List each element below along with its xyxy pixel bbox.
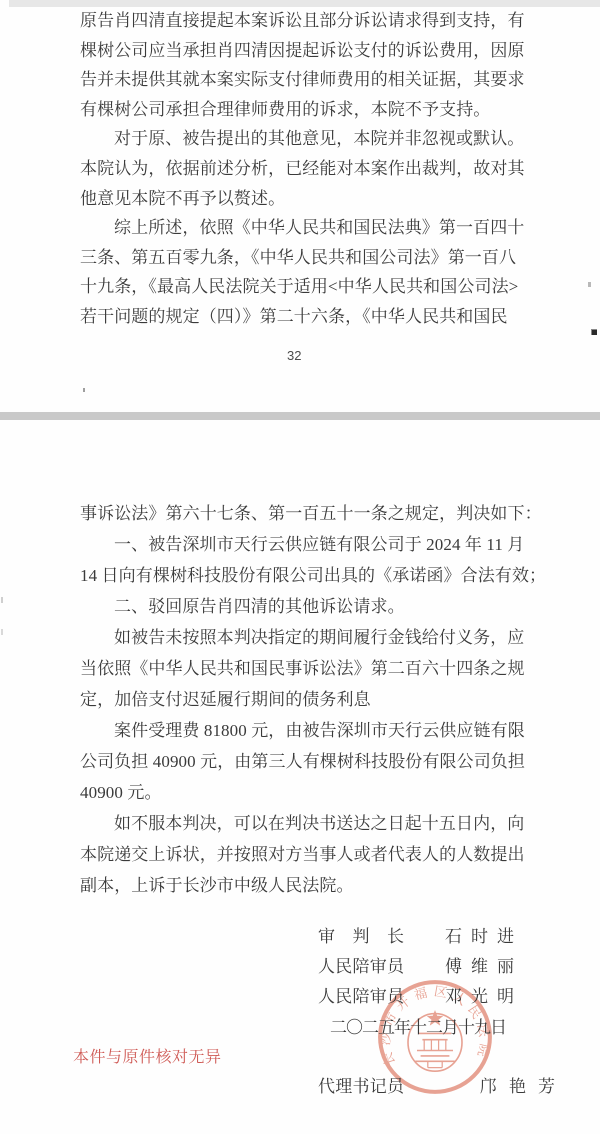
- scan-speck: [591, 329, 597, 335]
- page-number: 32: [287, 348, 301, 363]
- scanned-document-viewport: 原告肖四清直接提起本案诉讼且部分诉讼请求得到支持，有 棵树公司应当承担肖四清因提…: [0, 0, 600, 1134]
- signature-role: 审判长: [318, 922, 404, 947]
- scan-speck: [588, 282, 591, 287]
- clerk-name: 邝艳芳: [480, 1072, 567, 1097]
- body-line: 一、被告深圳市天行云供应链有限公司于 2024 年 11 月: [80, 529, 522, 560]
- body-line: 告并未提供其就本案实际支付律师费用的相关证据，其要求: [80, 65, 522, 95]
- signature-row: 人民陪审员 傅维丽: [318, 949, 567, 979]
- body-line: 十九条，《最高人民法院关于适用<中华人民共和国公司法>: [80, 272, 522, 302]
- page-break-band: [0, 412, 600, 420]
- body-line: 14 日向有棵树科技股份有限公司出具的《承诺函》合法有效；: [80, 560, 522, 591]
- body-line: 棵树公司应当承担肖四清因提起诉讼支付的诉讼费用，因原: [80, 36, 522, 66]
- body-line: 二、驳回原告肖四清的其他诉讼请求。: [80, 591, 522, 622]
- verification-note: 本件与原件核对无异: [73, 1044, 222, 1067]
- body-line: 综上所述，依照《中华人民共和国民法典》第一百四十: [80, 213, 522, 243]
- body-line: 如不服本判决，可以在判决书送达之日起十五日内，向: [80, 808, 522, 839]
- signature-role: 人民陪审员: [318, 952, 404, 977]
- body-line: 公司负担 40900 元，由第三人有棵树科技股份有限公司负担: [80, 746, 522, 777]
- judgment-date-row: 二〇二五年十二月十九日: [318, 1010, 567, 1040]
- clerk-row: 代理书记员 邝艳芳: [318, 1070, 567, 1100]
- signature-row: 人民陪审员 邓光明: [318, 980, 567, 1010]
- scan-speck: [1, 629, 3, 635]
- body-line: 他意见本院不再予以赘述。: [80, 184, 522, 214]
- body-line: 案件受理费 81800 元，由被告深圳市天行云供应链有限: [80, 715, 522, 746]
- body-line: 三条、第五百零九条，《中华人民共和国公司法》第一百八: [80, 243, 522, 273]
- body-line: 对于原、被告提出的其他意见，本院并非忽视或默认。: [80, 124, 522, 154]
- body-line: 原告肖四清直接提起本案诉讼且部分诉讼请求得到支持，有: [80, 6, 522, 36]
- judgment-date: 二〇二五年十二月十九日: [330, 1013, 506, 1038]
- signature-row: 审判长 石时进: [318, 919, 567, 949]
- page1-text-block: 原告肖四清直接提起本案诉讼且部分诉讼请求得到支持，有 棵树公司应当承担肖四清因提…: [80, 6, 522, 332]
- body-line: 有棵树公司承担合理律师费用的诉求，本院不予支持。: [80, 95, 522, 125]
- body-line: 本院递交上诉状，并按照对方当事人或者代表人的人数提出: [80, 839, 522, 870]
- scan-speck: [83, 388, 85, 392]
- scan-speck: [1, 597, 3, 603]
- body-line: 事诉讼法》第六十七条、第一百五十一条之规定，判决如下：: [80, 498, 522, 529]
- body-line: 40900 元。: [80, 777, 522, 808]
- body-line: 定，加倍支付迟延履行期间的债务利息: [80, 684, 522, 715]
- body-line: 副本，上诉于长沙市中级人民法院。: [80, 870, 522, 901]
- signature-role: 人民陪审员: [318, 982, 404, 1007]
- clerk-role: 代理书记员: [318, 1072, 404, 1097]
- signature-name: 石时进: [445, 922, 523, 947]
- body-line: 当依照《中华人民共和国民事诉讼法》第二百六十四条之规: [80, 653, 522, 684]
- page2-text-block: 事诉讼法》第六十七条、第一百五十一条之规定，判决如下： 一、被告深圳市天行云供应…: [80, 498, 522, 901]
- body-line: 如被告未按照本判决指定的期间履行金钱给付义务，应: [80, 622, 522, 653]
- signature-name: 傅维丽: [445, 952, 523, 977]
- signature-block: 审判长 石时进 人民陪审员 傅维丽 人民陪审员 邓光明 二〇二五年十二月十九日 …: [318, 919, 567, 1100]
- body-line: 本院认为，依据前述分析，已经能对本案作出裁判，故对其: [80, 154, 522, 184]
- body-line: 若干问题的规定（四）》第二十六条，《中华人民共和国民: [80, 302, 522, 332]
- signature-name: 邓光明: [445, 982, 523, 1007]
